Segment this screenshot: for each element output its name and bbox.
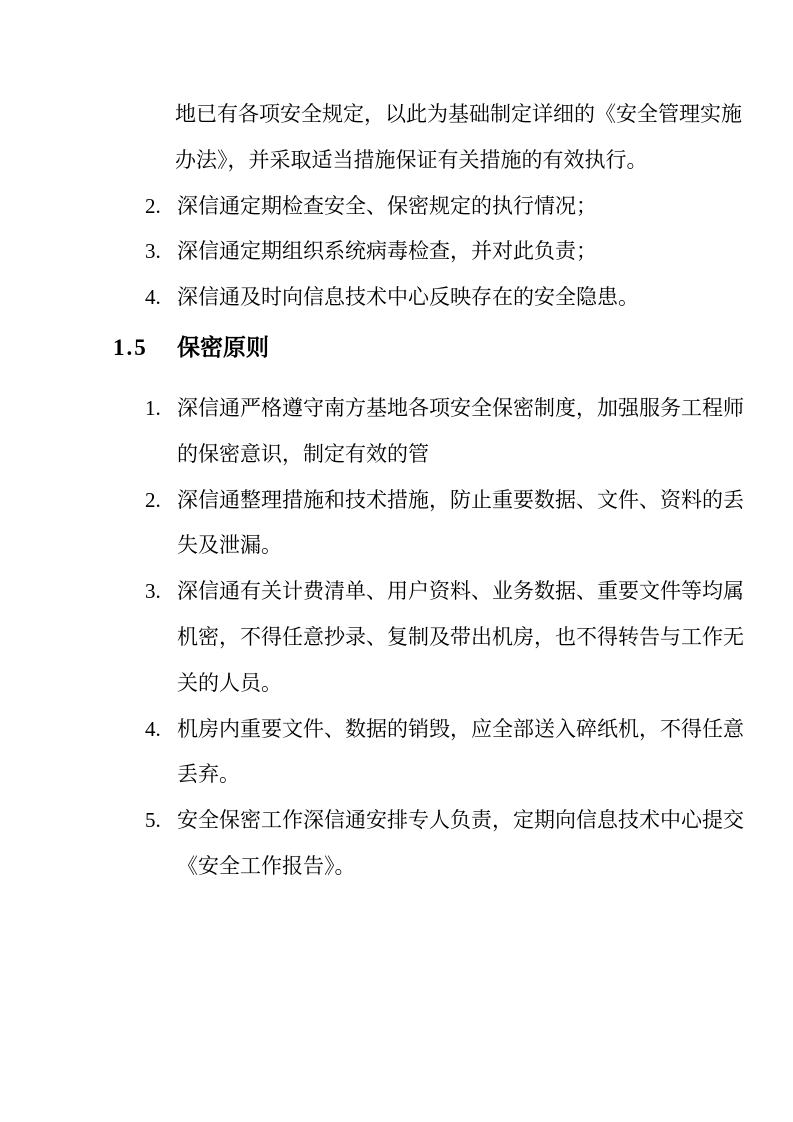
list-item-text: 深信通严格遵守南方基地各项安全保密制度，加强服务工程师的保密意识，制定有效的管 <box>177 386 685 478</box>
list-item: 4.深信通及时向信息技术中心反映存在的安全隐患。 <box>145 275 690 321</box>
list-item-line: 深信通定期组织系统病毒检查，并对此负责； <box>177 229 685 275</box>
list-item-line: 丢弃。 <box>177 752 685 798</box>
list-item: 2.深信通整理措施和技术措施，防止重要数据、文件、资料的丢失及泄漏。 <box>145 478 690 570</box>
section-heading-number: 1.5 <box>113 331 177 365</box>
list-item-line: 深信通定期检查安全、保密规定的执行情况； <box>177 184 685 230</box>
list-item-number: 3. <box>145 569 177 706</box>
list-item-line: 深信通严格遵守南方基地各项安全保密制度，加强服务工程师 <box>177 386 685 432</box>
list-item-text: 深信通定期组织系统病毒检查，并对此负责； <box>177 229 685 275</box>
list-item: 1.深信通严格遵守南方基地各项安全保密制度，加强服务工程师的保密意识，制定有效的… <box>145 386 690 478</box>
list-item: 2.深信通定期检查安全、保密规定的执行情况； <box>145 184 690 230</box>
list-item-text: 深信通及时向信息技术中心反映存在的安全隐患。 <box>177 275 685 321</box>
list-item-line: 安全保密工作深信通安排专人负责，定期向信息技术中心提交 <box>177 798 685 844</box>
list-item-text: 深信通有关计费清单、用户资料、业务数据、重要文件等均属机密，不得任意抄录、复制及… <box>177 569 685 706</box>
list-item-number: 4. <box>145 275 177 321</box>
list-item-line: 机房内重要文件、数据的销毁，应全部送入碎纸机，不得任意 <box>177 707 685 753</box>
list-item: 5.安全保密工作深信通安排专人负责，定期向信息技术中心提交《安全工作报告》。 <box>145 798 690 890</box>
paragraph-continuation: 地已有各项安全规定，以此为基础制定详细的《安全管理实施办法》，并采取适当措施保证… <box>145 92 690 184</box>
list-item: 3.深信通有关计费清单、用户资料、业务数据、重要文件等均属机密，不得任意抄录、复… <box>145 569 690 706</box>
list-item-number: 2. <box>145 184 177 230</box>
list-item: 3.深信通定期组织系统病毒检查，并对此负责； <box>145 229 690 275</box>
document-page: 地已有各项安全规定，以此为基础制定详细的《安全管理实施办法》，并采取适当措施保证… <box>0 0 793 1122</box>
list-item-number: 4. <box>145 707 177 799</box>
list-item-text: 机房内重要文件、数据的销毁，应全部送入碎纸机，不得任意丢弃。 <box>177 707 685 799</box>
paragraph-line: 地已有各项安全规定，以此为基础制定详细的《安全管理实施 <box>175 92 690 138</box>
list-item-line: 的保密意识，制定有效的管 <box>177 432 685 478</box>
section-heading-title: 保密原则 <box>177 331 269 365</box>
list-item-number: 2. <box>145 478 177 570</box>
numbered-list-secrecy-principles: 1.深信通严格遵守南方基地各项安全保密制度，加强服务工程师的保密意识，制定有效的… <box>145 386 690 890</box>
list-item-line: 深信通及时向信息技术中心反映存在的安全隐患。 <box>177 275 685 321</box>
paragraph-line: 办法》，并采取适当措施保证有关措施的有效执行。 <box>175 138 690 184</box>
section-heading: 1.5 保密原则 <box>113 331 690 365</box>
list-item-number: 3. <box>145 229 177 275</box>
list-item-line: 关的人员。 <box>177 661 685 707</box>
list-item-text: 深信通定期检查安全、保密规定的执行情况； <box>177 184 685 230</box>
list-item-line: 机密，不得任意抄录、复制及带出机房，也不得转告与工作无 <box>177 615 685 661</box>
list-item-number: 1. <box>145 386 177 478</box>
list-item-number: 5. <box>145 798 177 890</box>
document-content: 地已有各项安全规定，以此为基础制定详细的《安全管理实施办法》，并采取适当措施保证… <box>145 92 690 890</box>
list-item: 4.机房内重要文件、数据的销毁，应全部送入碎纸机，不得任意丢弃。 <box>145 707 690 799</box>
list-item-text: 深信通整理措施和技术措施，防止重要数据、文件、资料的丢失及泄漏。 <box>177 478 685 570</box>
numbered-list-security-duties: 2.深信通定期检查安全、保密规定的执行情况；3.深信通定期组织系统病毒检查，并对… <box>145 184 690 321</box>
list-item-line: 深信通整理措施和技术措施，防止重要数据、文件、资料的丢 <box>177 478 685 524</box>
list-item-text: 安全保密工作深信通安排专人负责，定期向信息技术中心提交《安全工作报告》。 <box>177 798 685 890</box>
list-item-line: 《安全工作报告》。 <box>177 844 685 890</box>
list-item-line: 失及泄漏。 <box>177 523 685 569</box>
list-item-line: 深信通有关计费清单、用户资料、业务数据、重要文件等均属 <box>177 569 685 615</box>
